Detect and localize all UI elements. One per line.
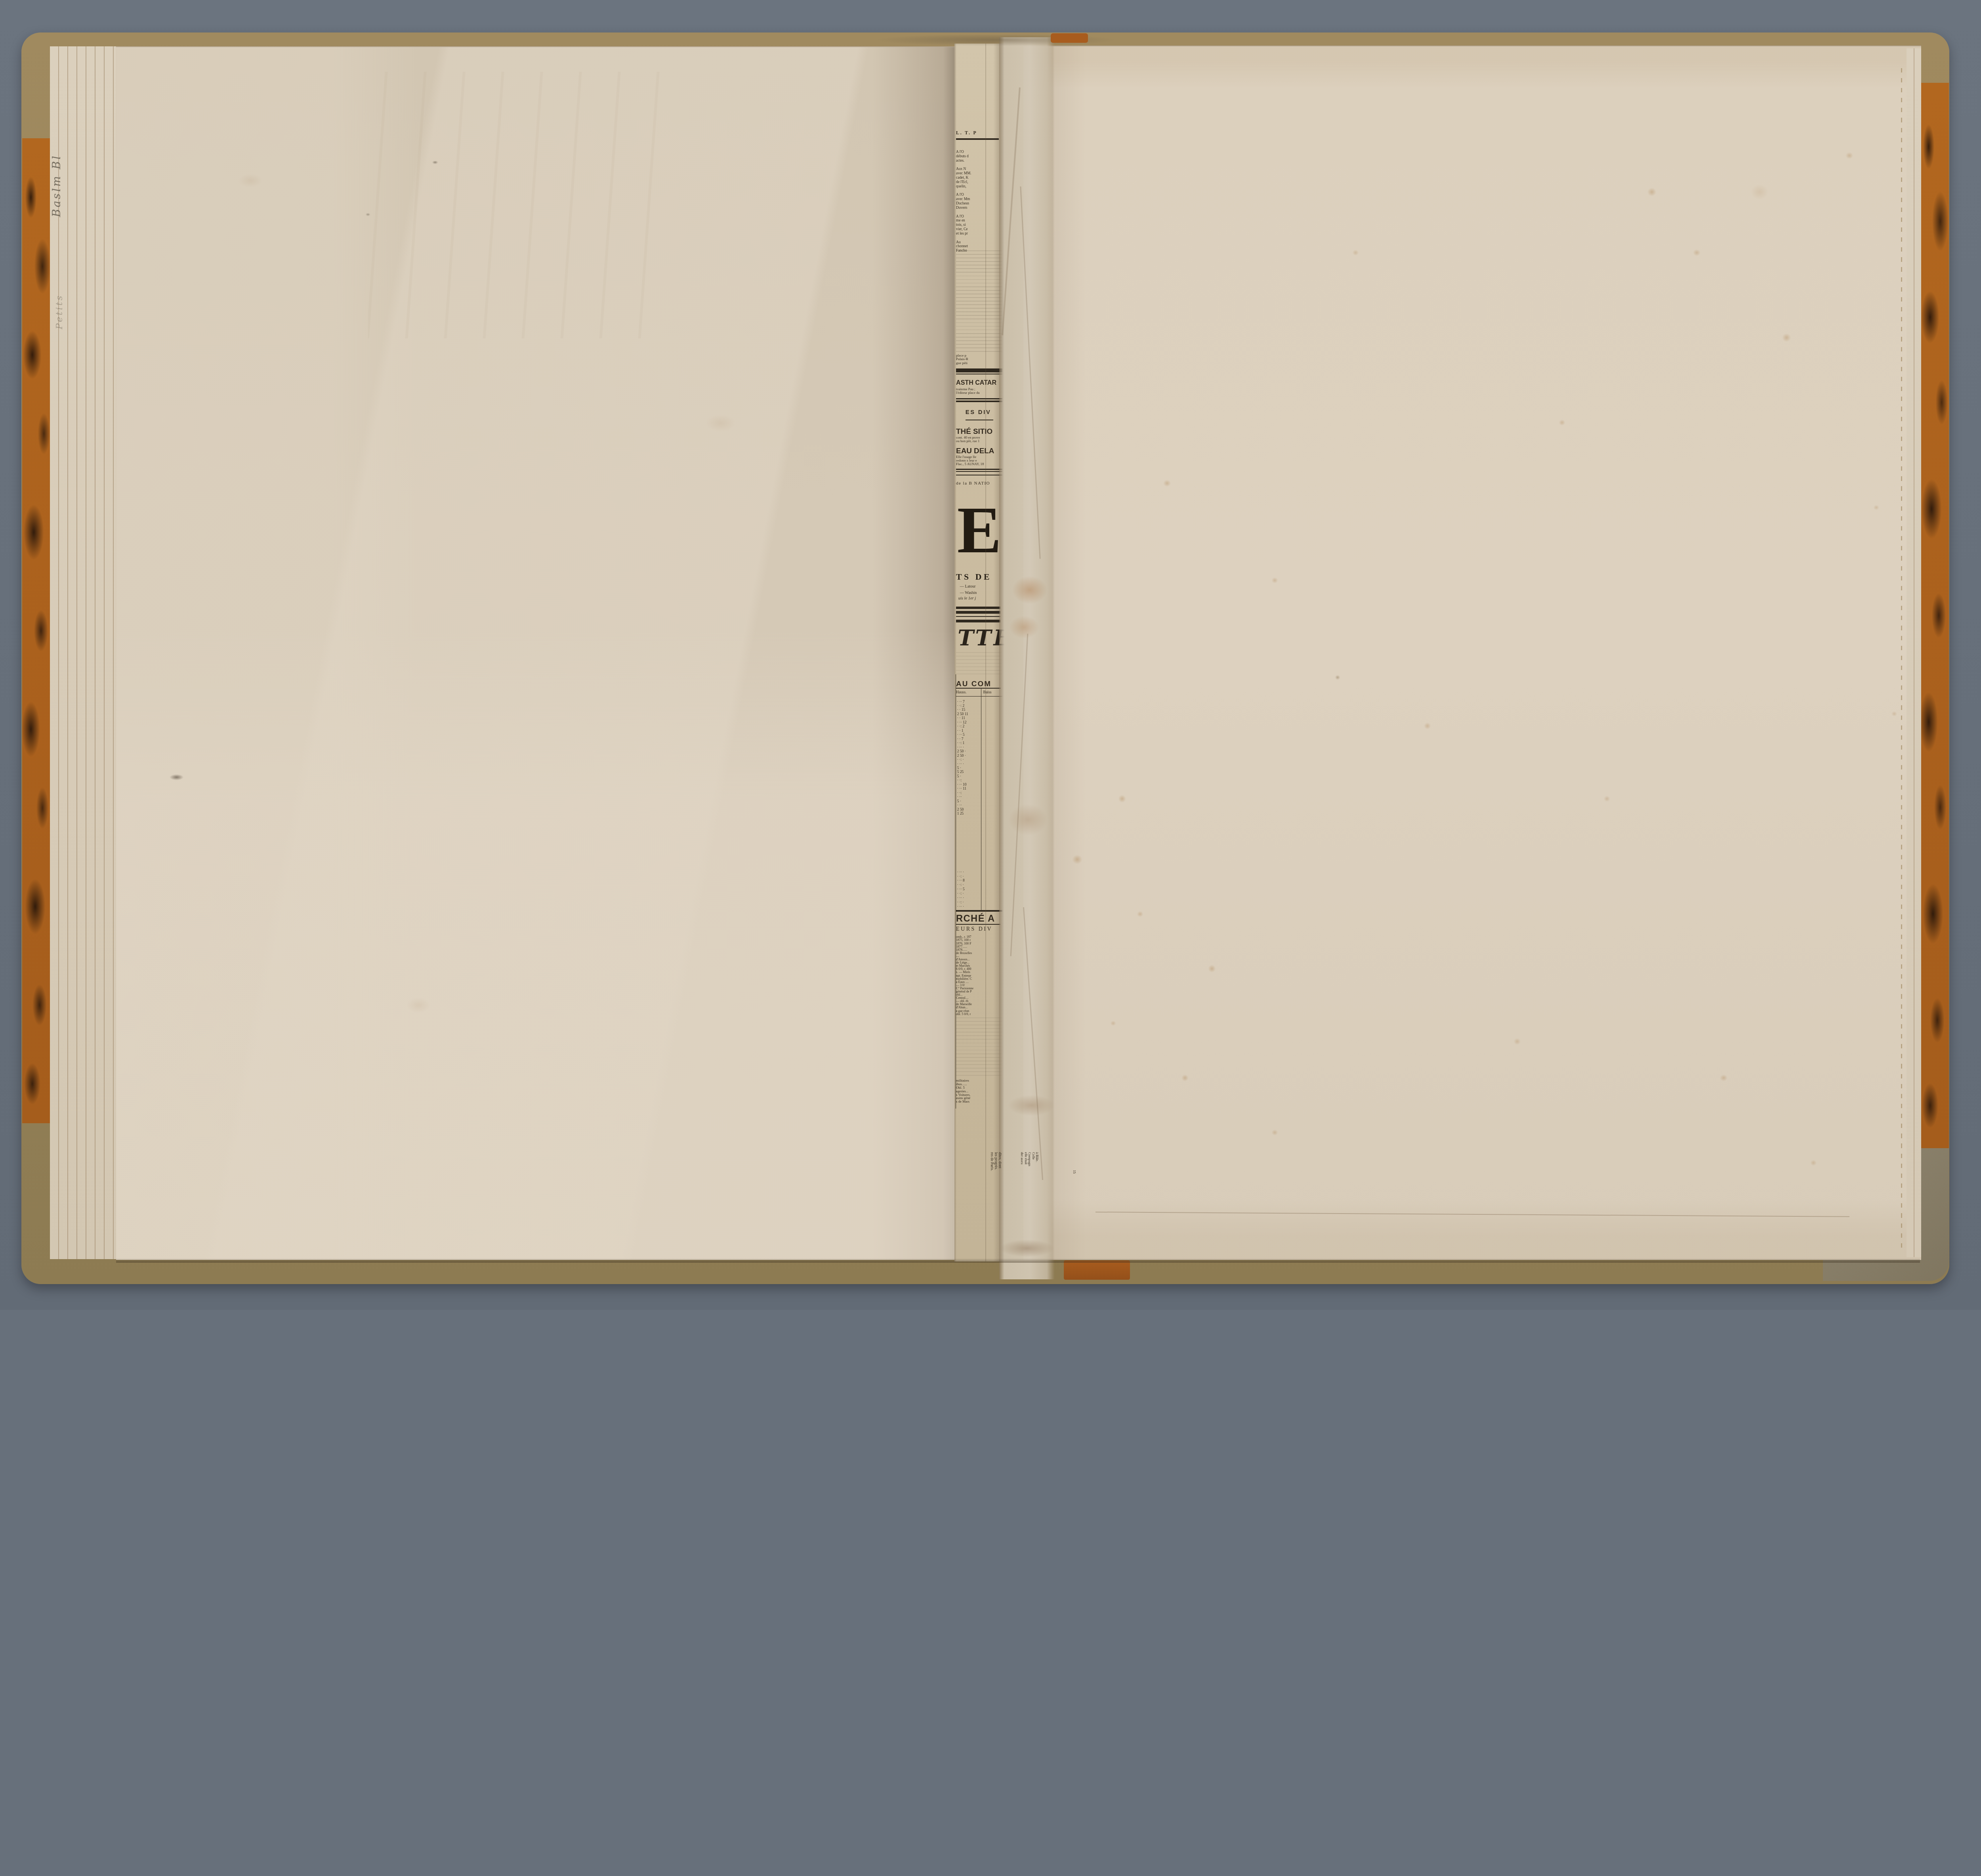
news-bourse-title: AU COM — [956, 679, 1002, 688]
rotated-news-fragment-b: à Bâle. Celle Compagn elle était der auc… — [1020, 1152, 1039, 1194]
news-illegible-zone — [956, 250, 1002, 352]
cloth-backing-strip — [999, 37, 1055, 1279]
news-double-rule — [956, 469, 1002, 470]
news-ad3-body: Elle l'usage lle redonn x leur e Flac., … — [956, 455, 1002, 466]
news-rule — [956, 924, 1000, 925]
news-ad1-title: ASTH CATAR — [956, 379, 1002, 387]
rotated-news-fragment-a: dites, dont les progrès. res de Paris. — [989, 1152, 1001, 1206]
fore-edge-stitch-line — [1901, 64, 1902, 1248]
news-heading-small: L. T. P — [956, 130, 1002, 136]
news-col-hausse: Hauss. — [956, 690, 978, 695]
news-thick-rule — [956, 607, 1000, 609]
news-illegible-zone — [956, 1017, 1002, 1076]
right-page-edge-stack — [1907, 48, 1921, 1257]
left-page — [116, 46, 956, 1260]
news-ads-intro: place p Palais-R gue péti — [956, 354, 1002, 365]
photo-of-open-album: Baslm Bl Petits L. T. P A l'O débuts d a… — [0, 0, 1981, 1310]
news-rule — [956, 475, 1002, 475]
cloth-wrinkle — [1023, 907, 1044, 1179]
news-rule — [966, 420, 993, 420]
news-rule — [956, 138, 999, 139]
news-double-rule — [956, 401, 1002, 402]
news-rule — [956, 616, 1000, 617]
news-listings-2: militaires ibus...... Obl. 5 ageries... … — [956, 1079, 1002, 1103]
news-fold-crease — [985, 44, 986, 1261]
spine-top-fray — [847, 35, 1145, 48]
news-ad3-title: EAU DELA — [956, 447, 1002, 455]
news-double-rule — [956, 398, 1002, 399]
spine-top-orange-sliver — [1051, 33, 1088, 43]
news-bank-line: de la B NATIO — [956, 481, 1002, 486]
news-ad1-body: traiteme Pau ; l'éditeur place du — [956, 387, 1002, 395]
news-masthead-sub: TS DE — [956, 572, 1002, 582]
newspaper-strip: L. T. P A l'O débuts d actes. Aux N avec… — [954, 44, 1004, 1261]
news-marche-title: RCHÉ A — [956, 914, 1002, 924]
news-masthead-lines: — Latour — Washin — [960, 584, 1004, 596]
news-ad2-title: THÉ SITIO — [956, 427, 1002, 436]
cloth-wrinkle — [1020, 187, 1041, 559]
news-rule — [956, 696, 1002, 697]
news-rule — [956, 688, 1001, 689]
right-page-bottom-crease — [1095, 1212, 1849, 1217]
news-bourse-rows: · ·· 7 · ·: 2 · · 15 2 50 11 · · 11 · ··… — [957, 700, 1004, 816]
edge-inscription-primary: Baslm Bl — [50, 73, 63, 217]
news-thick-rule — [956, 620, 1000, 622]
spine-bottom-orange-sliver — [1064, 1260, 1130, 1280]
news-marche-sub: EURS DIV — [956, 926, 1002, 933]
rotated-news-fragment-c: 15 — [1073, 1170, 1076, 1181]
news-theater-block: A l'O débuts d actes. Aux N avec MM. cad… — [956, 150, 1002, 253]
news-rule — [956, 471, 1002, 472]
marbled-cover-left-edge — [22, 138, 51, 1123]
news-masthead-large: EI — [957, 496, 1004, 565]
news-heavy-rule — [956, 910, 1002, 912]
news-ad2-body: cont. 40 en prove ou bon pôt, rue 1 — [956, 436, 1002, 443]
left-page-streaks — [368, 72, 662, 338]
cloth-wrinkle — [1010, 634, 1029, 956]
news-listings: omb., r. 187 1875, 100 r 1876, 100 F 187… — [956, 935, 1002, 1015]
news-bourse-rows-2: · ·· · · ·: · · ·· 8 · ·: · · ·· 5 · ·: … — [957, 870, 1004, 909]
edge-inscription-secondary: Petits — [54, 219, 65, 329]
marbled-cover-right-edge — [1920, 83, 1949, 1148]
news-rule — [956, 374, 1002, 374]
right-page — [1023, 46, 1921, 1260]
news-masthead-italic: TTE — [958, 625, 1004, 651]
news-illegible-zone — [956, 652, 1002, 676]
cloth-wrinkle — [1002, 87, 1021, 335]
page-bottom-shadow — [116, 1258, 1920, 1263]
news-masthead-date: uis le 1er j — [958, 596, 1004, 601]
news-section-divers: ES DIV — [966, 409, 1004, 416]
news-thick-rule — [956, 611, 1000, 613]
news-thick-rule — [956, 368, 1002, 372]
